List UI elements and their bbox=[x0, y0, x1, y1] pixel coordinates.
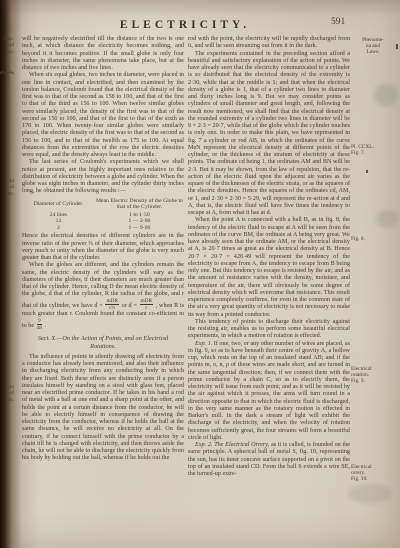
table-cell: 2 bbox=[22, 225, 95, 232]
table-cell: 1 — 9·00 bbox=[95, 225, 184, 232]
formula-fraction: 948 bbox=[37, 319, 42, 332]
paragraph: When six equal globes, two inches in dia… bbox=[22, 72, 184, 159]
page-title: ELECTRICITY. bbox=[120, 19, 250, 31]
results-table: Diameter of Cylinder. Mean Electric Dens… bbox=[22, 198, 184, 232]
paragraph-text: If one, two, or any other number of wire… bbox=[188, 341, 350, 441]
facing-page-margin-fragment: tion of nts. bbox=[0, 384, 14, 403]
table-row: 2 1 — 9·00 bbox=[22, 225, 184, 232]
table-cell: 1 to 1·50 bbox=[95, 212, 184, 219]
ink-speck bbox=[366, 170, 368, 173]
ink-speck bbox=[396, 44, 398, 49]
paragraph-with-formula: When the globes are different, and the c… bbox=[22, 262, 184, 331]
paragraph-text: or d = bbox=[122, 303, 139, 309]
right-text-column: rod with the point, the electricity will… bbox=[188, 36, 350, 478]
column-header: Mean Electric Density of the Globe to th… bbox=[95, 198, 184, 211]
paragraph-text: . bbox=[45, 323, 47, 329]
margin-note-electrical-orrery: Electrical orrery. Fig. 10. bbox=[351, 464, 395, 483]
left-text-column: will be negatively electrified till the … bbox=[22, 36, 184, 463]
margin-note-plate-fig7: Pl. CCXL. Fig. 7. bbox=[351, 144, 395, 156]
table-row: 12 1 — 2·00 bbox=[22, 218, 184, 225]
paragraph: rod with the point, the electricity will… bbox=[188, 36, 350, 51]
paper-stain bbox=[374, 84, 398, 106]
facing-page-margin-fragment: ome. and ws. bbox=[0, 36, 14, 55]
paragraph: Exp. 1. If one, two, or any other number… bbox=[188, 341, 350, 443]
column-header: Diameter of Cylinder. bbox=[22, 201, 95, 208]
paragraph: The last series of Coulomb's experiments… bbox=[22, 159, 184, 195]
experiment-lead: Exp. 2. The Electrical Orrery, bbox=[195, 442, 269, 448]
table-header-row: Diameter of Cylinder. Mean Electric Dens… bbox=[22, 198, 184, 211]
experiment-lead: Exp. 1. bbox=[195, 341, 212, 347]
page-number: 591 bbox=[331, 17, 345, 27]
paragraph: will be negatively electrified till the … bbox=[22, 36, 184, 72]
formula-fraction: mDRr⅔ bbox=[105, 299, 118, 312]
paragraph: Hence the electrical densities of differ… bbox=[22, 233, 184, 262]
facing-page-margin-fragment: nd al es. bbox=[0, 178, 14, 197]
margin-note-fig8: Fig. 8. bbox=[351, 236, 395, 242]
table-row: 24 lines 1 to 1·50 bbox=[22, 212, 184, 219]
scanned-book-page: ome. and ws. nd al es. tion of nts. ELEC… bbox=[0, 0, 400, 548]
running-header: ELECTRICITY. bbox=[22, 15, 348, 33]
table-cell: 1 — 2·00 bbox=[95, 218, 184, 225]
formula-fraction: mDRr bbox=[140, 299, 153, 312]
margin-note-phenomena-and-laws: Phenome- na and Laws. bbox=[351, 37, 395, 56]
book-gutter-shadow bbox=[0, 0, 22, 548]
paragraph: When the point A is connected with a bal… bbox=[188, 217, 350, 319]
table-cell: 12 bbox=[22, 218, 95, 225]
paragraph: Exp. 2. The Electrical Orrery, as it is … bbox=[188, 442, 350, 478]
paragraph: The experiments contained in the precedi… bbox=[188, 51, 350, 218]
paragraph: This tendency of points to discharge the… bbox=[188, 319, 350, 341]
table-cell: 24 lines bbox=[22, 212, 95, 219]
paragraph: The influence of points in silently draw… bbox=[22, 354, 184, 463]
paper-stain bbox=[348, 484, 392, 504]
flourish-squiggle bbox=[0, 70, 14, 77]
fraction-denominator: 48 bbox=[37, 325, 42, 331]
section-heading: Sect. X.—On the Action of Points, and on… bbox=[30, 335, 176, 350]
paper-stain bbox=[376, 210, 398, 228]
margin-note-electrical-rotation: Electrical rotation. Fig. 9. bbox=[351, 366, 395, 385]
